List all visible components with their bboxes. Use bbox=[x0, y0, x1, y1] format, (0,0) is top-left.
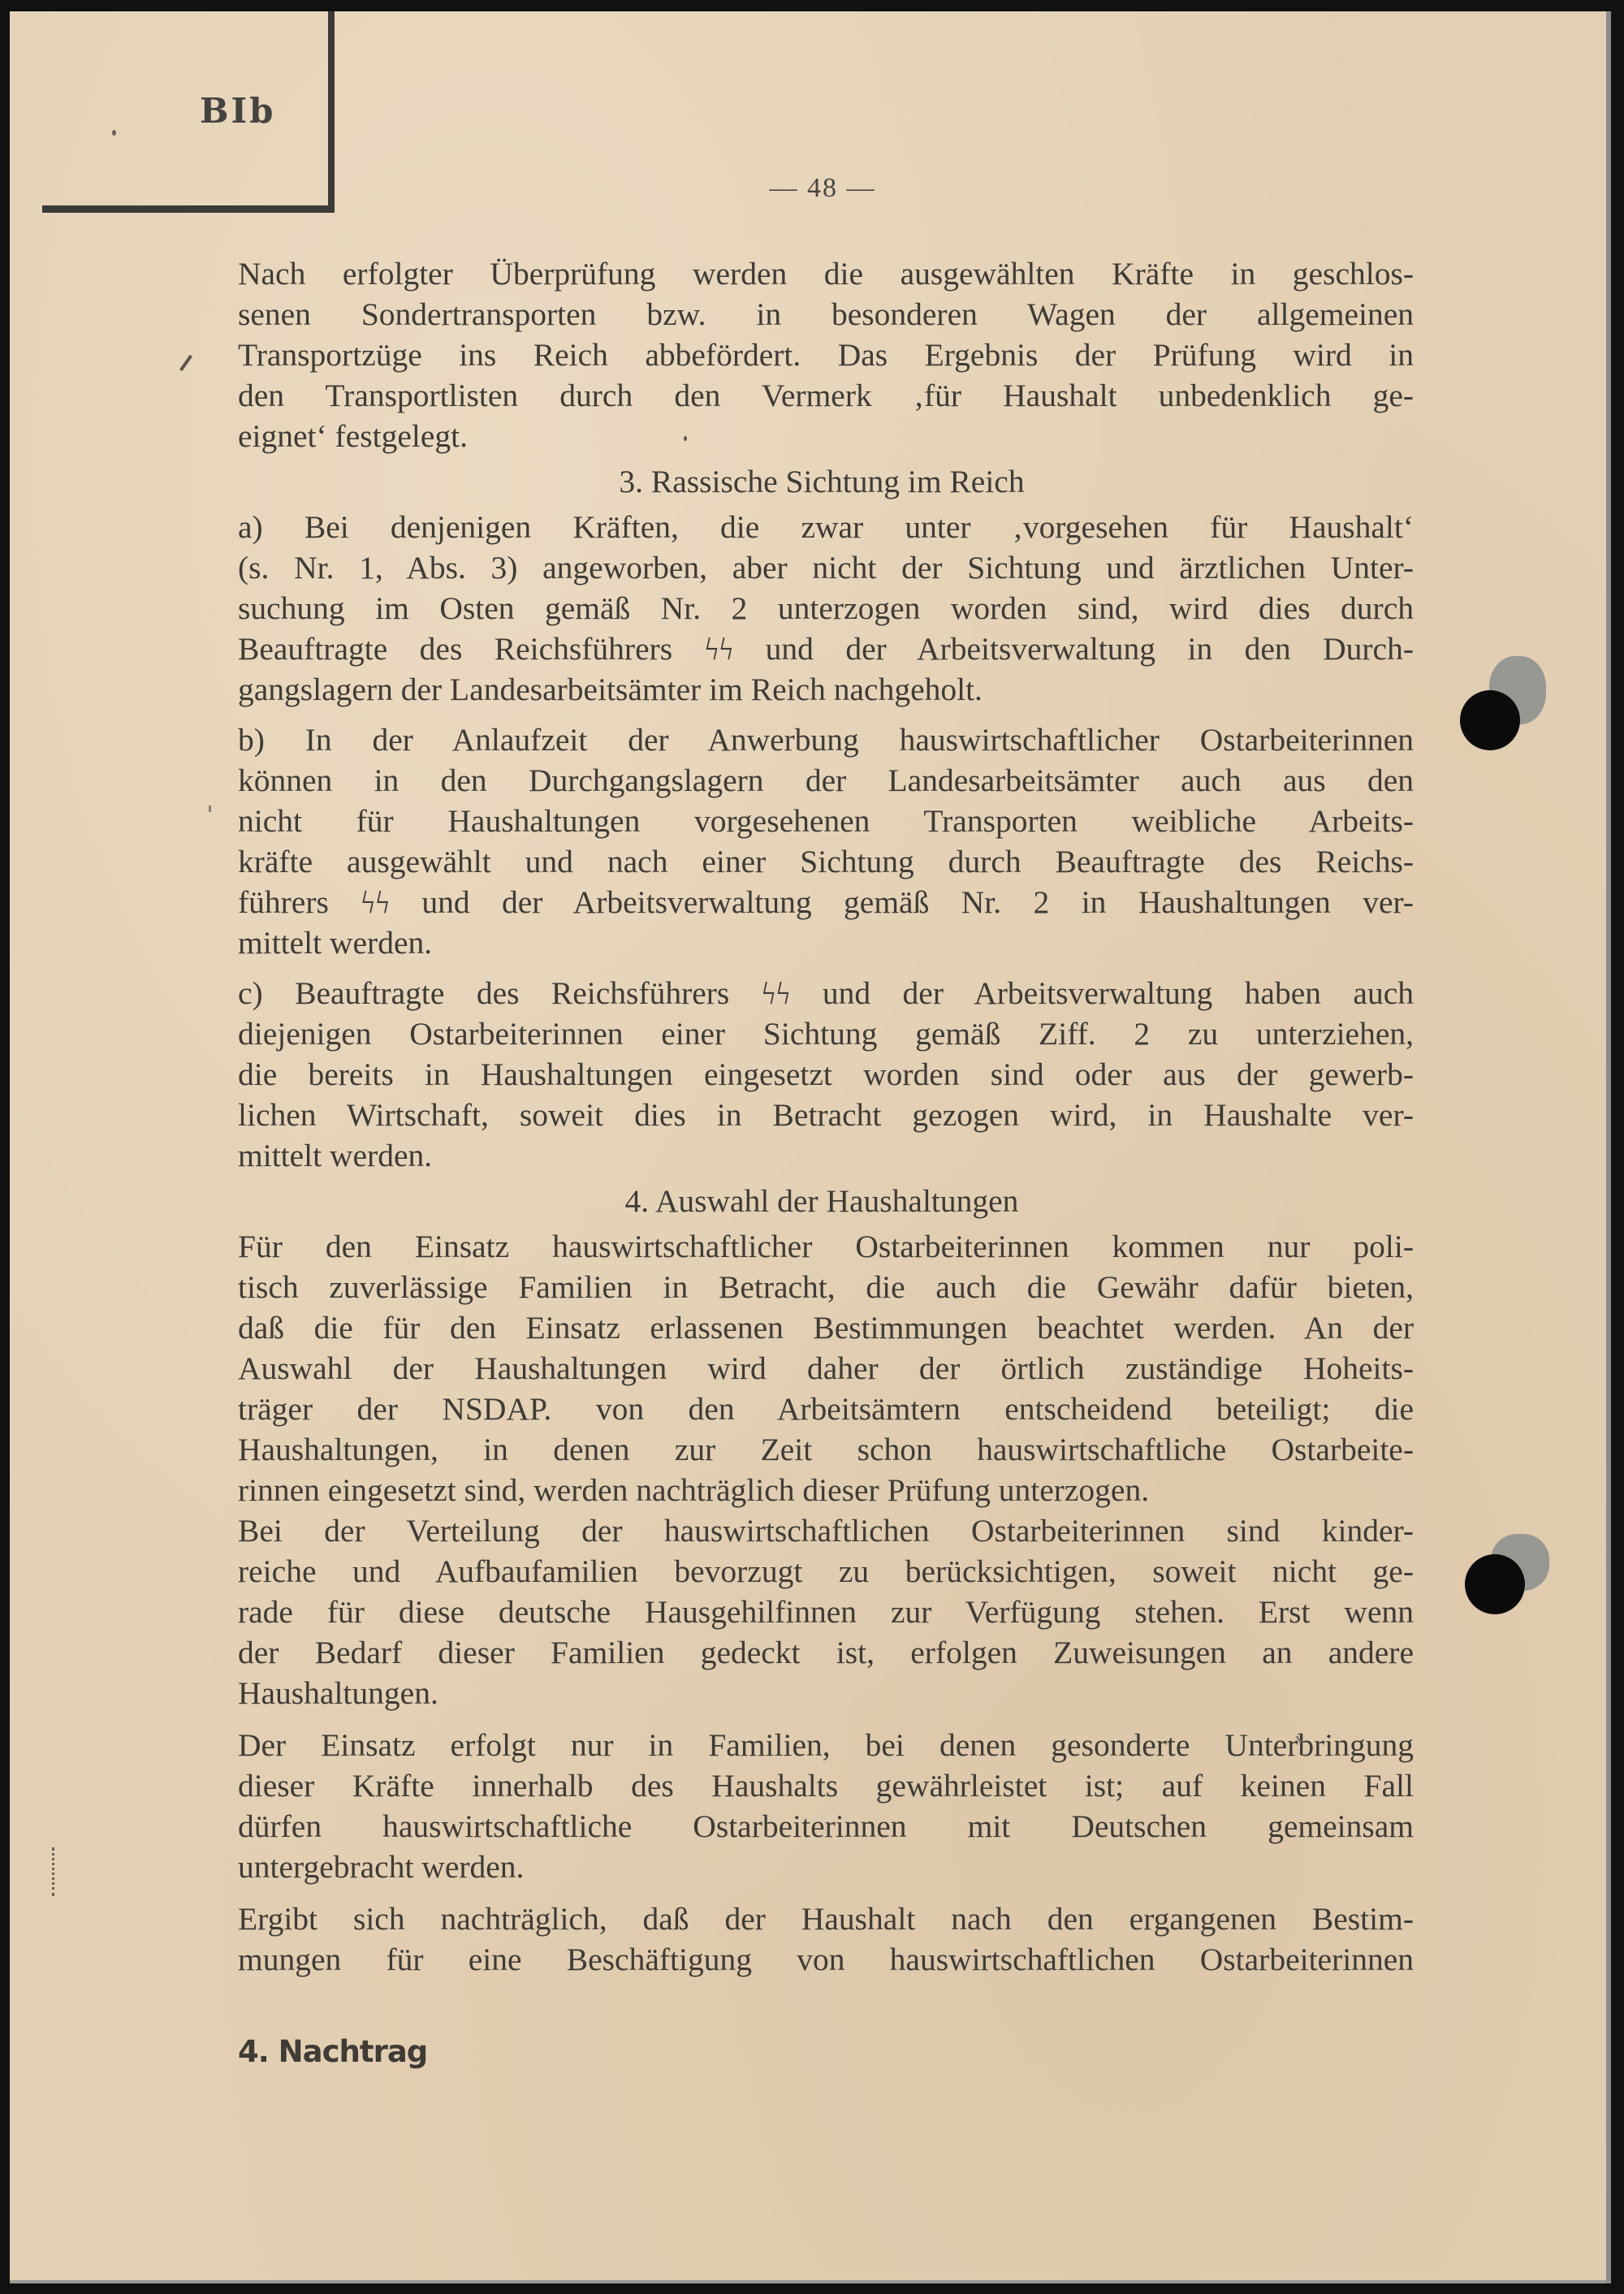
paragraph-4c: Der Einsatz erfolgt nur in Familien, bei… bbox=[238, 1725, 1414, 1887]
paragraph-4b: Bei der Verteilung der hauswirtschaftlic… bbox=[238, 1510, 1414, 1713]
text-line: lichen Wirtschaft, soweit dies in Betrac… bbox=[238, 1095, 1414, 1135]
page-number: — 48 — bbox=[0, 173, 1624, 204]
text-line: Auswahl der Haushaltungen wird daher der… bbox=[238, 1348, 1414, 1389]
section-heading-4: 4. Auswahl der Haushaltungen bbox=[238, 1181, 1414, 1221]
paragraph-4d: Ergibt sich nachträglich, daß der Hausha… bbox=[238, 1899, 1414, 1980]
tab-box-horizontal-rule bbox=[42, 205, 335, 213]
text-line: tisch zuverlässige Familien in Betracht,… bbox=[238, 1267, 1414, 1307]
text-line: dieser Kräfte innerhalb des Haushalts ge… bbox=[238, 1765, 1414, 1806]
text-line: reiche und Aufbaufamilien bevorzugt zu b… bbox=[238, 1551, 1414, 1592]
punch-hole-lower bbox=[1465, 1554, 1525, 1614]
stray-dot-mark bbox=[209, 806, 211, 812]
text-line: b) In der Anlaufzeit der Anwerbung hausw… bbox=[238, 719, 1414, 760]
text-line: Nach erfolgter Überprüfung werden die au… bbox=[238, 253, 1414, 294]
text-line: gangslagern der Landesarbeitsämter im Re… bbox=[238, 669, 1414, 710]
document-body: Nach erfolgter Überprüfung werden die au… bbox=[238, 253, 1414, 1980]
paragraph-intro: Nach erfolgter Überprüfung werden die au… bbox=[238, 253, 1414, 456]
text-line: a) Bei denjenigen Kräften, die zwar unte… bbox=[238, 507, 1414, 547]
text-line: den Transportlisten durch den Vermerk ‚f… bbox=[238, 375, 1414, 416]
text-line: suchung im Osten gemäß Nr. 2 unterzogen … bbox=[238, 588, 1414, 629]
paragraph-3b: b) In der Anlaufzeit der Anwerbung hausw… bbox=[238, 719, 1414, 963]
paragraph-3a: a) Bei denjenigen Kräften, die zwar unte… bbox=[238, 507, 1414, 710]
text-line: rade für diese deutsche Hausgehilfinnen … bbox=[238, 1592, 1414, 1632]
text-line: können in den Durchgangslagern der Lande… bbox=[238, 760, 1414, 801]
text-line: die bereits in Haushaltungen eingesetzt … bbox=[238, 1054, 1414, 1095]
text-line: nicht für Haushaltungen vorgesehenen Tra… bbox=[238, 801, 1414, 841]
text-line: führers ϟϟ und der Arbeitsverwaltung gem… bbox=[238, 882, 1414, 922]
text-line: Beauftragte des Reichsführers ϟϟ und der… bbox=[238, 629, 1414, 669]
paragraph-3c: c) Beauftragte des Reichsführers ϟϟ und … bbox=[238, 973, 1414, 1176]
section-heading-3: 3. Rassische Sichtung im Reich bbox=[238, 461, 1414, 502]
text-line: untergebracht werden. bbox=[238, 1847, 1414, 1887]
paragraph-4a: Für den Einsatz hauswirtschaftlicher Ost… bbox=[238, 1226, 1414, 1510]
text-line: kräfte ausgewählt und nach einer Sichtun… bbox=[238, 841, 1414, 882]
stray-dot-mark bbox=[112, 130, 116, 136]
text-line: Der Einsatz erfolgt nur in Familien, bei… bbox=[238, 1725, 1414, 1765]
punch-hole-upper bbox=[1460, 690, 1520, 750]
text-line: Haushaltungen, in denen zur Zeit schon h… bbox=[238, 1429, 1414, 1470]
text-line: (s. Nr. 1, Abs. 3) angeworben, aber nich… bbox=[238, 547, 1414, 588]
text-line: Für den Einsatz hauswirtschaftlicher Ost… bbox=[238, 1226, 1414, 1267]
text-line: c) Beauftragte des Reichsführers ϟϟ und … bbox=[238, 973, 1414, 1013]
margin-stain-mark bbox=[52, 1847, 57, 1896]
text-line: Transportzüge ins Reich abbefördert. Das… bbox=[238, 335, 1414, 375]
text-line: mungen für eine Beschäftigung von hauswi… bbox=[238, 1939, 1414, 1980]
text-line: Haushaltungen. bbox=[238, 1673, 1414, 1713]
text-line: der Bedarf dieser Familien gedeckt ist, … bbox=[238, 1632, 1414, 1673]
text-line: Ergibt sich nachträglich, daß der Hausha… bbox=[238, 1899, 1414, 1939]
stray-dot-mark bbox=[684, 436, 687, 441]
text-line: mittelt werden. bbox=[238, 922, 1414, 963]
text-line: Bei der Verteilung der hauswirtschaftlic… bbox=[238, 1510, 1414, 1551]
text-line: diejenigen Ostarbeiterinnen einer Sichtu… bbox=[238, 1013, 1414, 1054]
text-line: träger der NSDAP. von den Arbeitsämtern … bbox=[238, 1389, 1414, 1429]
text-line: dürfen hauswirtschaftliche Ostarbeiterin… bbox=[238, 1806, 1414, 1847]
text-line: mittelt werden. bbox=[238, 1135, 1414, 1176]
supplement-label: 4. Nachtrag bbox=[238, 2034, 427, 2069]
text-line: senen Sondertransporten bzw. in besonder… bbox=[238, 294, 1414, 335]
text-line: rinnen eingesetzt sind, werden nachträgl… bbox=[238, 1470, 1414, 1510]
section-tab-label: BIb bbox=[200, 91, 276, 131]
text-line: eignet‘ festgelegt. bbox=[238, 416, 1414, 456]
text-line: daß die für den Einsatz erlassenen Besti… bbox=[238, 1307, 1414, 1348]
